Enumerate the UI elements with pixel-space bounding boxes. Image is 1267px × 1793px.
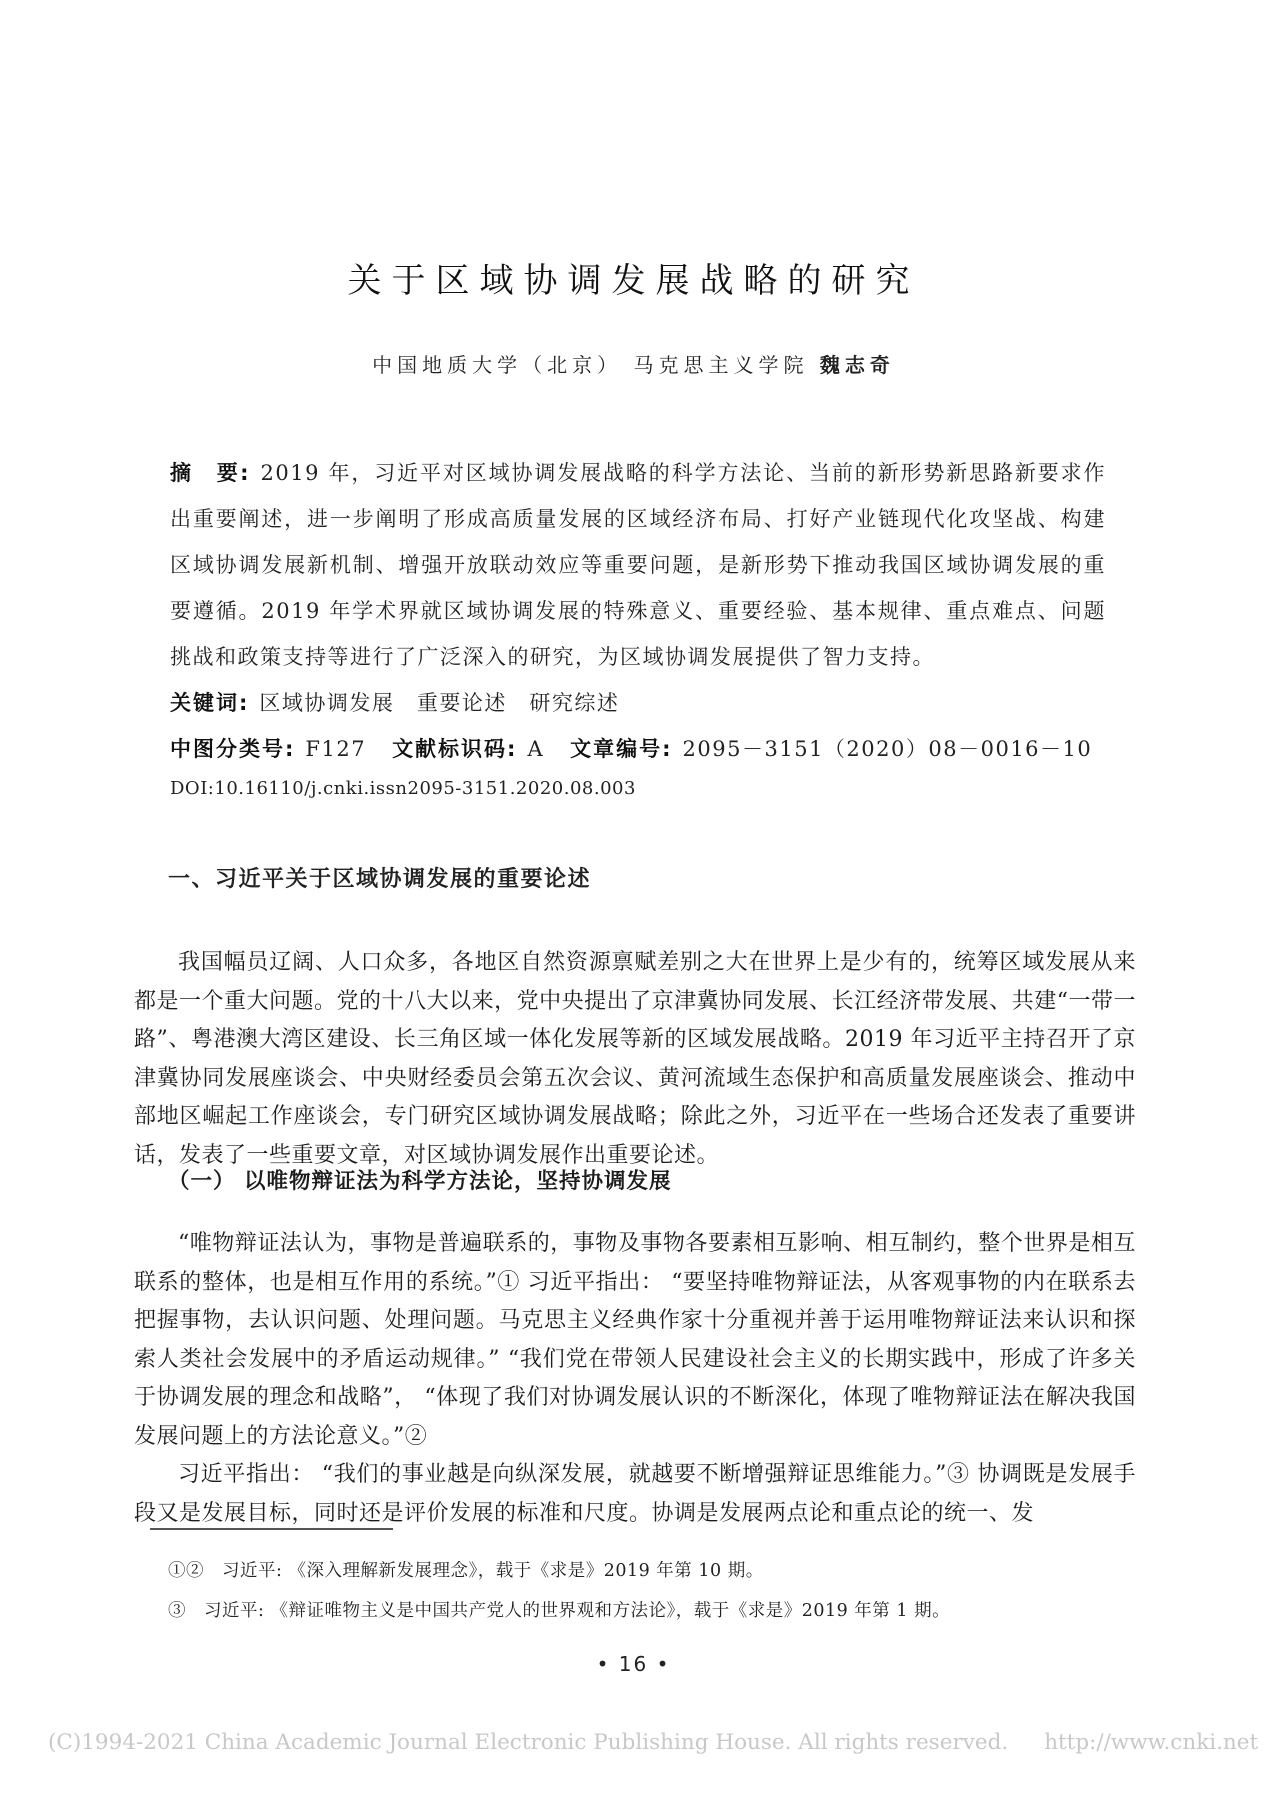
abstract-label: 摘 要: [170,461,251,485]
footnote-item: ①② 习近平: 《深入理解新发展理念》，载于《求是》2019 年第 10 期。 [168,1551,1158,1591]
body-paragraph-3: 习近平指出： “我们的事业越是向纵深发展，就越要不断增强辩证思维能力。”③ 协调… [134,1456,1136,1533]
author-line: 中国地质大学（北京） 马克思主义学院 魏志奇 [0,349,1267,378]
keywords-label: 关键词: [170,691,249,715]
footnote-item: ③ 习近平: 《辩证唯物主义是中国共产党人的世界观和方法论》，载于《求是》201… [168,1591,1158,1631]
section-heading: 一、习近平关于区域协调发展的重要论述 [168,862,591,893]
body-paragraph-2: “唯物辩证法认为，事物是普遍联系的，事物及事物各要素相互影响、相互制约，整个世界… [134,1225,1136,1456]
keywords-line: 关键词:区域协调发展 重要论述 研究综述 [170,680,1106,726]
footnotes-block: ①② 习近平: 《深入理解新发展理念》，载于《求是》2019 年第 10 期。 … [168,1551,1158,1631]
footer-url: http://www.cnki.net [1044,1730,1258,1755]
doc-code-value: A [527,737,544,761]
abstract-block: 摘 要:2019 年，习近平对区域协调发展战略的科学方法论、当前的新形势新思路新… [170,450,1106,806]
body-paragraph-1: 我国幅员辽阔、人口众多，各地区自然资源禀赋差别之大在世界上是少有的，统筹区域发展… [134,944,1136,1175]
abstract-paragraph: 摘 要:2019 年，习近平对区域协调发展战略的科学方法论、当前的新形势新思路新… [170,450,1106,680]
paper-page: 关于区域协调发展战略的研究 中国地质大学（北京） 马克思主义学院 魏志奇 摘 要… [0,0,1267,1793]
clc-label: 中图分类号: [170,737,295,761]
author-affiliation: 中国地质大学（北京） 马克思主义学院 [372,353,808,377]
doi-line: DOI:10.16110/j.cnki.issn2095-3151.2020.0… [170,772,1106,806]
keywords-text: 区域协调发展 重要论述 研究综述 [259,691,619,715]
article-title: 关于区域协调发展战略的研究 [0,253,1267,302]
article-id-value: 2095－3151（2020）08－0016－10 [683,737,1093,761]
page-number: • 16 • [0,1652,1267,1676]
doc-code-label: 文献标识码: [392,737,517,761]
classification-line: 中图分类号:F127文献标识码:A文章编号:2095－3151（2020）08－… [170,726,1106,772]
footer-text: (C)1994-2021 China Academic Journal Elec… [48,1730,1008,1755]
author-name: 魏志奇 [820,353,895,377]
copyright-footer: (C)1994-2021 China Academic Journal Elec… [48,1730,1227,1755]
clc-value: F127 [305,737,366,761]
footnote-divider [150,1528,393,1530]
abstract-text: 2019 年，习近平对区域协调发展战略的科学方法论、当前的新形势新思路新要求作出… [170,461,1106,669]
article-id-label: 文章编号: [570,737,672,761]
subsection-heading: （一） 以唯物辩证法为科学方法论，坚持协调发展 [168,1164,672,1195]
